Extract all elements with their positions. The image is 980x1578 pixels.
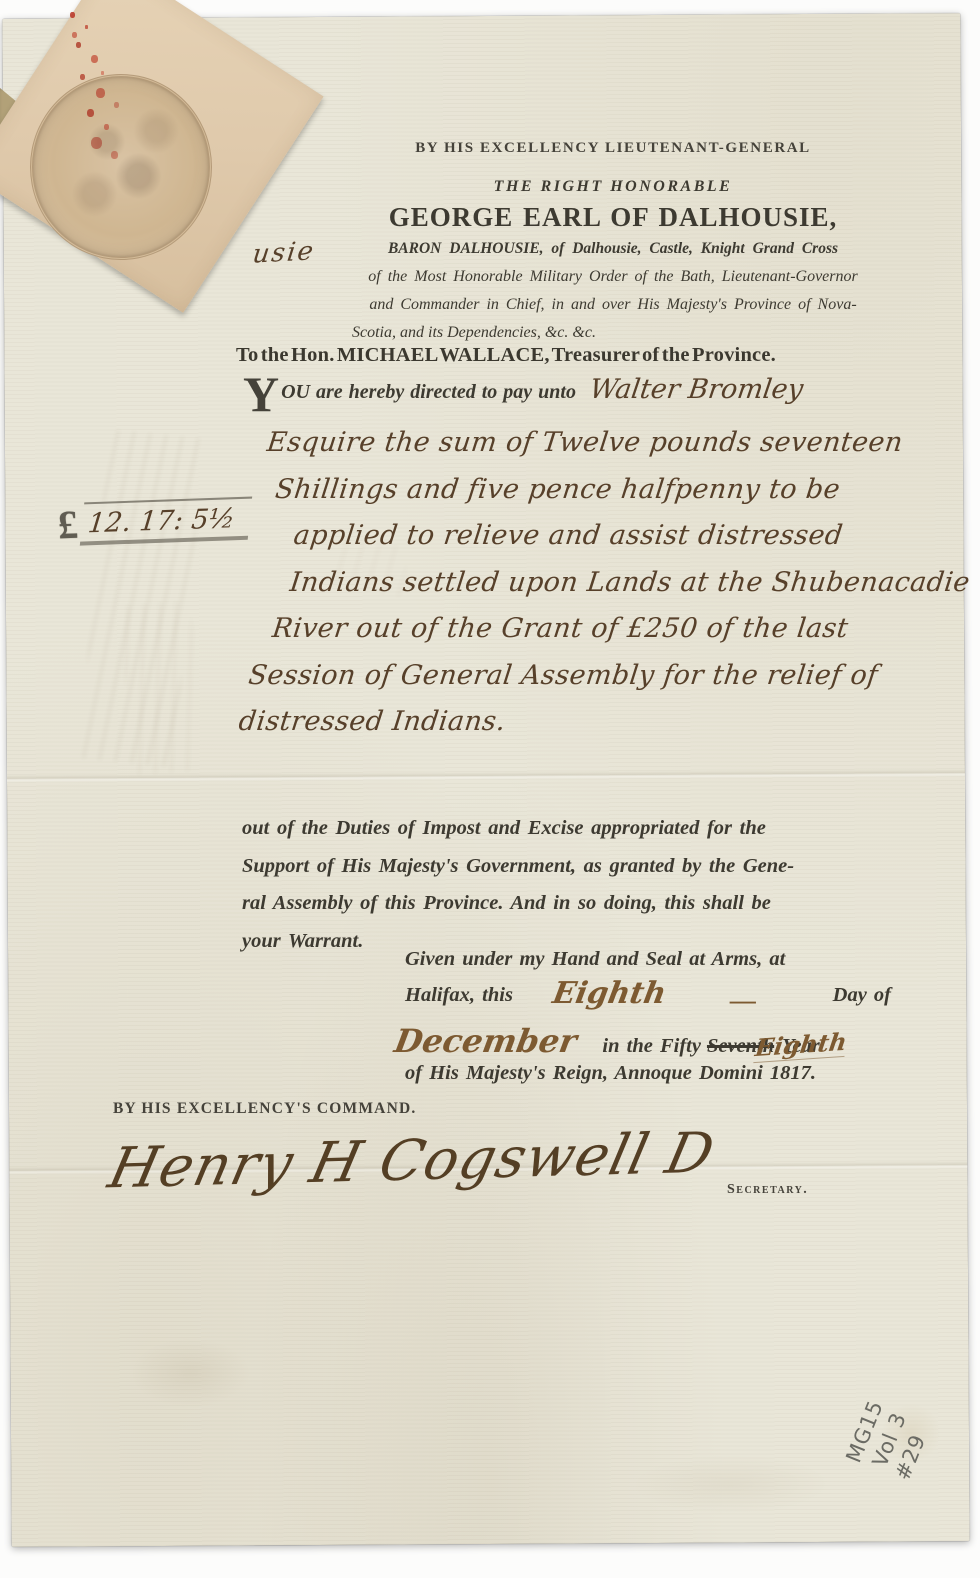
paper-stain xyxy=(631,1454,831,1515)
secretary-title: Secretary. xyxy=(727,1182,808,1198)
handwritten-body: Esquire the sum of Twelve pounds sevente… xyxy=(230,420,960,746)
letterhead-line: THE RIGHT HONORABLE xyxy=(330,178,896,196)
margin-amount: £ 12. 17: 5½ xyxy=(57,495,251,549)
handwritten-line: Indians settled upon Lands at the Shuben… xyxy=(287,560,943,607)
warrant-line: ral Assembly of this Province. And in so… xyxy=(242,885,898,923)
body-lead-line: YOU are hereby directed to pay unto Walt… xyxy=(243,374,923,414)
letterhead-line: and Commander in Chief, in and over His … xyxy=(330,296,896,314)
amount-value-handwritten: 12. 17: 5½ xyxy=(80,497,252,546)
red-wax-speckles xyxy=(70,12,75,18)
handwritten-line: Session of General Assembly for the reli… xyxy=(246,653,932,700)
attestation-line: of His Majesty's Reign, Annoque Domini 1… xyxy=(405,1062,891,1098)
letterhead-line: BARON DALHOUSIE, of Dalhousie, Castle, K… xyxy=(330,240,896,258)
embossed-seal-icon xyxy=(30,74,212,260)
handwritten-day: Eighth xyxy=(550,976,669,1011)
command-line: BY HIS EXCELLENCY'S COMMAND. xyxy=(113,1100,416,1118)
paper-stain xyxy=(130,1337,250,1408)
warrant-line: out of the Duties of Impost and Excise a… xyxy=(242,810,898,848)
printed-in-the-fifty: in the Fifty xyxy=(602,1035,701,1057)
attestation-date-line: Halifax, this Eighth — Day of xyxy=(405,984,891,1020)
printed-directive: OU are hereby directed to pay unto xyxy=(281,381,576,403)
handwritten-month: December xyxy=(392,1022,580,1060)
pound-sign: £ xyxy=(57,501,79,549)
attestation-block: Given under my Hand and Seal at Arms, at… xyxy=(405,948,891,1098)
handwritten-dash: — xyxy=(730,986,756,1016)
warrant-line: Support of His Majesty's Government, as … xyxy=(242,848,898,886)
letterhead-line: of the Most Honorable Military Order of … xyxy=(330,268,896,286)
handwritten-line: distressed Indians. xyxy=(236,699,926,746)
attestation-year-line: Decemberin the FiftySeventhEighthYear xyxy=(405,1022,891,1058)
letterhead: BY HIS EXCELLENCY LIEUTENANT-GENERAL THE… xyxy=(330,140,896,342)
drop-cap-initial: Y xyxy=(243,374,279,414)
signature-fragment: usie xyxy=(251,236,317,269)
ink-showthrough xyxy=(120,601,203,776)
handwritten-line: Esquire the sum of Twelve pounds sevente… xyxy=(264,420,960,467)
handwritten-line: River out of the Grant of £250 of the la… xyxy=(269,606,937,653)
warrant-clause: out of the Duties of Impost and Excise a… xyxy=(242,810,898,960)
addressee-line: To the Hon. MICHAEL WALLACE, Treasurer o… xyxy=(236,344,912,367)
printed-day-of: Day of xyxy=(833,984,891,1007)
letterhead-line: BY HIS EXCELLENCY LIEUTENANT-GENERAL xyxy=(330,140,896,157)
handwritten-line: Shillings and five pence halfpenny to be xyxy=(273,467,955,514)
printed-halifax-this: Halifax, this xyxy=(405,984,513,1006)
letterhead-line: Scotia, and its Dependencies, &c. &c. xyxy=(330,324,896,342)
letterhead-title: GEORGE EARL OF DALHOUSIE, xyxy=(330,202,896,233)
scanned-document-page: usie BY HIS EXCELLENCY LIEUTENANT-GENERA… xyxy=(0,0,980,1578)
handwritten-line: applied to relieve and assist distressed xyxy=(291,513,949,560)
payee-name-handwritten: Walter Bromley xyxy=(588,374,805,405)
handwritten-correction: Eighth xyxy=(753,1027,849,1063)
